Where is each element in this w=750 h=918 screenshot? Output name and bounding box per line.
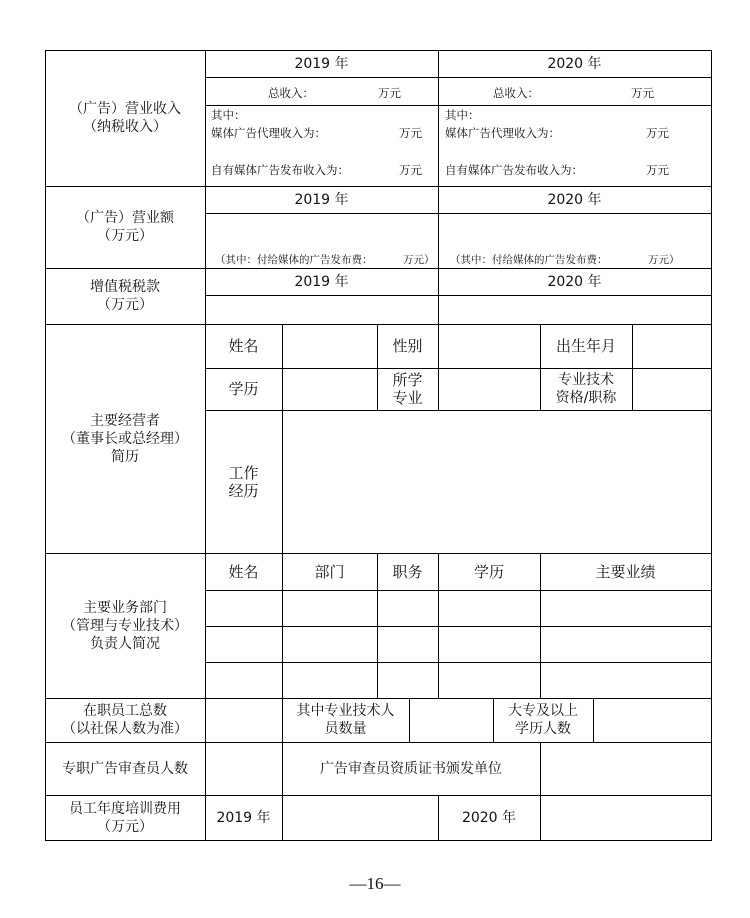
- dept-row-3-position[interactable]: [377, 662, 438, 698]
- agency-revenue-unit: 万元: [399, 125, 422, 141]
- vat-year-2019: 2019 年: [205, 268, 438, 295]
- dept-heads-label-line3: 负责人简况: [90, 635, 160, 653]
- operator-education-label: 学历: [205, 368, 282, 410]
- reviewers-count-input[interactable]: [205, 742, 282, 795]
- among-label: 其中：: [211, 107, 246, 123]
- operator-work-label-line2: 经历: [228, 482, 258, 500]
- divider: [45, 186, 711, 187]
- operator-title-label-line1: 专业技术: [558, 371, 614, 389]
- staff-college-label-line1: 大专及以上: [508, 702, 578, 720]
- revenue-total-2019[interactable]: 总收入： 万元: [205, 77, 438, 105]
- dept-col-name: 姓名: [205, 553, 282, 590]
- table-border-bottom: [45, 840, 712, 841]
- divider: [282, 742, 283, 795]
- divider: [205, 295, 711, 296]
- operator-title-label-line2: 资格/职称: [556, 389, 617, 407]
- operator-title-label: 专业技术 资格/职称: [540, 368, 632, 410]
- staff-college-label: 大专及以上 学历人数: [493, 698, 593, 742]
- divider: [205, 368, 711, 369]
- vat-year-2020: 2020 年: [438, 268, 711, 295]
- agency-revenue-label: 媒体广告代理收入为：: [211, 125, 326, 141]
- divider: [205, 662, 711, 663]
- operator-label-line2: （董事长或总经理）: [62, 430, 188, 448]
- dept-row-2-achievements[interactable]: [540, 626, 711, 662]
- turnover-note: （其中：付给媒体的广告发布费：: [215, 252, 373, 267]
- dept-row-3-education[interactable]: [438, 662, 540, 698]
- turnover-label-line2: （万元）: [97, 227, 153, 245]
- operator-label-line1: 主要经营者: [90, 412, 160, 430]
- own-media-revenue-unit: 万元: [646, 162, 669, 178]
- divider: [45, 795, 711, 796]
- training-year-2020: 2020 年: [438, 795, 540, 840]
- turnover-note-unit: 万元）: [648, 252, 680, 267]
- divider: [632, 324, 633, 410]
- turnover-input-2020[interactable]: （其中：付给媒体的广告发布费： 万元）: [438, 213, 711, 268]
- training-input-2020[interactable]: [540, 795, 711, 840]
- divider: [377, 324, 378, 410]
- own-media-revenue-label: 自有媒体广告发布收入为：: [445, 162, 583, 178]
- staff-total-label: 在职员工总数 （以社保人数为准）: [45, 698, 205, 742]
- revenue-year-2019: 2019 年: [205, 50, 438, 77]
- reviewers-cert-label: 广告审查员资质证书颁发单位: [282, 742, 540, 795]
- divider: [282, 698, 283, 742]
- revenue-breakdown-2019[interactable]: 其中： 媒体广告代理收入为： 万元 自有媒体广告发布收入为： 万元: [205, 105, 438, 186]
- training-year-2019: 2019 年: [205, 795, 282, 840]
- turnover-note: （其中：付给媒体的广告发布费：: [450, 252, 608, 267]
- dept-row-2-position[interactable]: [377, 626, 438, 662]
- dept-col-department: 部门: [282, 553, 377, 590]
- revenue-label-line2: （纳税收入）: [83, 118, 167, 136]
- turnover-label-line1: （广告）营业额: [76, 209, 174, 227]
- staff-total-label-line2: （以社保人数为准）: [62, 720, 188, 738]
- revenue-total-unit: 万元: [378, 85, 401, 101]
- agency-revenue-unit: 万元: [646, 125, 669, 141]
- divider: [45, 698, 711, 699]
- divider: [282, 795, 283, 840]
- divider: [205, 410, 711, 411]
- operator-birth-label: 出生年月: [540, 324, 632, 368]
- operator-major-label-line2: 专业: [392, 389, 422, 407]
- staff-college-input[interactable]: [593, 698, 711, 742]
- divider: [493, 698, 494, 742]
- dept-row-1-achievements[interactable]: [540, 590, 711, 626]
- operator-work-label: 工作 经历: [205, 410, 282, 553]
- divider: [205, 626, 711, 627]
- dept-row-1-name[interactable]: [205, 590, 282, 626]
- divider: [377, 553, 378, 698]
- turnover-year-2019: 2019 年: [205, 186, 438, 213]
- training-label: 员工年度培训费用 （万元）: [45, 795, 205, 840]
- revenue-total-unit: 万元: [631, 85, 654, 101]
- staff-total-label-line1: 在职员工总数: [83, 702, 167, 720]
- vat-input-2020[interactable]: [438, 295, 711, 324]
- operator-major-input[interactable]: [438, 368, 540, 410]
- own-media-revenue-unit: 万元: [399, 162, 422, 178]
- divider: [45, 268, 711, 269]
- turnover-label: （广告）营业额 （万元）: [45, 186, 205, 268]
- operator-work-input[interactable]: [282, 410, 711, 553]
- revenue-total-label: 总收入：: [493, 85, 539, 101]
- staff-tech-label-line2: 员数量: [325, 720, 367, 738]
- divider: [205, 105, 711, 106]
- divider: [282, 553, 283, 698]
- operator-name-label: 姓名: [205, 324, 282, 368]
- dept-row-2-name[interactable]: [205, 626, 282, 662]
- divider: [205, 50, 206, 840]
- dept-row-1-position[interactable]: [377, 590, 438, 626]
- operator-major-label-line1: 所学: [392, 371, 422, 389]
- operator-gender-label: 性别: [377, 324, 438, 368]
- reviewers-label: 专职广告审查员人数: [45, 742, 205, 795]
- dept-col-education: 学历: [438, 553, 540, 590]
- operator-title-input[interactable]: [632, 368, 711, 410]
- dept-row-3-achievements[interactable]: [540, 662, 711, 698]
- dept-row-1-education[interactable]: [438, 590, 540, 626]
- dept-row-3-department[interactable]: [282, 662, 377, 698]
- staff-total-input[interactable]: [205, 698, 282, 742]
- divider: [540, 324, 541, 410]
- divider: [409, 698, 410, 742]
- vat-label-line1: 增值税税款: [90, 278, 160, 296]
- dept-col-position: 职务: [377, 553, 438, 590]
- operator-major-label: 所学 专业: [377, 368, 438, 410]
- operator-label-line3: 简历: [111, 448, 139, 466]
- revenue-label-line1: （广告）营业收入: [69, 100, 181, 118]
- training-label-line1: 员工年度培训费用: [69, 800, 181, 818]
- dept-row-2-department[interactable]: [282, 626, 377, 662]
- divider: [205, 213, 711, 214]
- dept-heads-label-line1: 主要业务部门: [83, 599, 167, 617]
- divider: [540, 742, 541, 795]
- divider: [438, 795, 439, 840]
- divider: [282, 324, 283, 553]
- divider: [205, 77, 711, 78]
- own-media-revenue-label: 自有媒体广告发布收入为：: [211, 162, 349, 178]
- staff-tech-label-line1: 其中专业技术人: [297, 702, 395, 720]
- revenue-total-2020[interactable]: 总收入： 万元: [438, 77, 711, 105]
- divider: [205, 590, 711, 591]
- staff-college-label-line2: 学历人数: [515, 720, 571, 738]
- page-number: —16—: [0, 874, 750, 894]
- vat-input-2019[interactable]: [205, 295, 438, 324]
- staff-tech-label: 其中专业技术人 员数量: [282, 698, 409, 742]
- dept-row-1-department[interactable]: [282, 590, 377, 626]
- revenue-total-label: 总收入：: [268, 85, 314, 101]
- divider: [438, 324, 439, 410]
- divider: [438, 553, 439, 698]
- divider: [540, 553, 541, 698]
- revenue-label: （广告）营业收入 （纳税收入）: [45, 50, 205, 186]
- training-input-2019[interactable]: [282, 795, 438, 840]
- operator-name-input[interactable]: [282, 324, 377, 368]
- dept-heads-label-line2: （管理与专业技术）: [62, 617, 188, 635]
- dept-row-3-name[interactable]: [205, 662, 282, 698]
- divider: [45, 553, 711, 554]
- divider: [540, 795, 541, 840]
- operator-education-input[interactable]: [282, 368, 377, 410]
- dept-heads-label: 主要业务部门 （管理与专业技术） 负责人简况: [45, 553, 205, 698]
- operator-work-label-line1: 工作: [228, 464, 258, 482]
- revenue-breakdown-2020[interactable]: 其中： 媒体广告代理收入为： 万元 自有媒体广告发布收入为： 万元: [438, 105, 711, 186]
- reviewers-cert-input[interactable]: [540, 742, 711, 795]
- divider: [45, 324, 711, 325]
- revenue-year-2020: 2020 年: [438, 50, 711, 77]
- form-page: （广告）营业收入 （纳税收入） 2019 年 2020 年 总收入： 万元 总收…: [0, 0, 750, 918]
- turnover-year-2020: 2020 年: [438, 186, 711, 213]
- turnover-input-2019[interactable]: （其中：付给媒体的广告发布费： 万元）: [205, 213, 438, 268]
- agency-revenue-label: 媒体广告代理收入为：: [445, 125, 560, 141]
- staff-tech-input[interactable]: [409, 698, 493, 742]
- vat-label: 增值税税款 （万元）: [45, 268, 205, 324]
- dept-row-2-education[interactable]: [438, 626, 540, 662]
- table-border-top: [45, 50, 712, 51]
- divider: [438, 50, 439, 324]
- dept-col-achievements: 主要业绩: [540, 553, 711, 590]
- operator-gender-input[interactable]: [438, 324, 540, 368]
- divider: [45, 742, 711, 743]
- divider: [593, 698, 594, 742]
- turnover-note-unit: 万元）: [403, 252, 435, 267]
- operator-label: 主要经营者 （董事长或总经理） 简历: [45, 324, 205, 553]
- training-label-line2: （万元）: [97, 818, 153, 836]
- operator-birth-input[interactable]: [632, 324, 711, 368]
- table-border-right: [711, 50, 712, 841]
- table-border-left: [45, 50, 46, 841]
- vat-label-line2: （万元）: [97, 296, 153, 314]
- among-label: 其中：: [445, 107, 480, 123]
